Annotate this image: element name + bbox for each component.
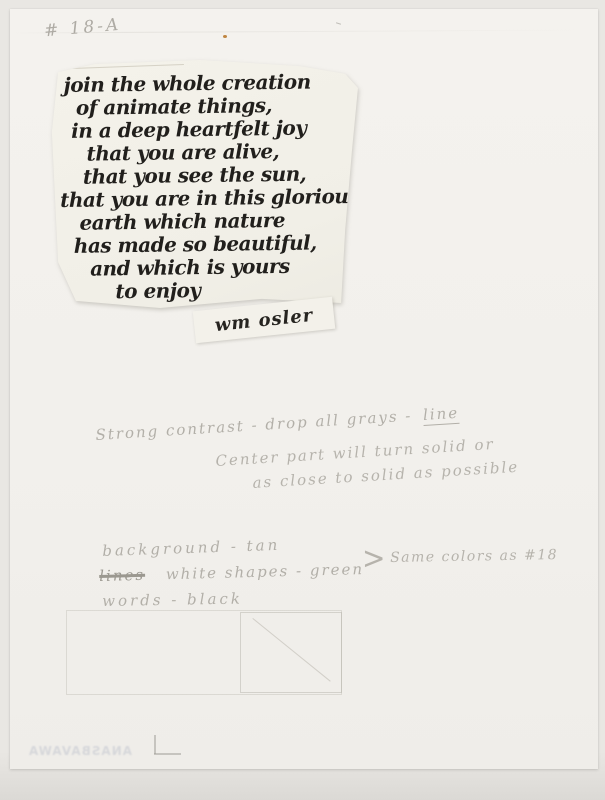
- pencil-note-shapes-green: lines white shapes - green: [99, 560, 364, 585]
- shapes-note-text: white shapes - green: [166, 560, 365, 583]
- sketch-inner-rect: [240, 612, 342, 693]
- paper-fleck: [223, 35, 227, 38]
- attribution-text: wm osler: [214, 304, 314, 335]
- attribution-strip-surface: wm osler: [193, 297, 336, 343]
- pasted-quote-paper: join the whole creation of animate thing…: [50, 58, 362, 310]
- pencil-note-underlined-word: line: [422, 404, 459, 426]
- quote-paper-surface: join the whole creation of animate thing…: [50, 58, 362, 310]
- crop-mark-horizontal: [154, 753, 181, 755]
- bleed-through-stamp: ANASBAVAWA: [42, 744, 132, 758]
- crop-mark-vertical: [154, 735, 156, 754]
- worksheet-page: # 18-A join the whole creation of animat…: [10, 9, 598, 769]
- pencil-note-background-tan: background - tan: [102, 536, 281, 560]
- pencil-note-words-black: words - black: [102, 590, 243, 610]
- struck-word: lines: [99, 566, 145, 585]
- pencil-speck: [336, 22, 341, 24]
- photo-backdrop: # 18-A join the whole creation of animat…: [0, 0, 605, 800]
- arrow-glyph: >: [362, 540, 387, 576]
- catalog-number-label: # 18-A: [43, 15, 122, 42]
- attribution-strip: wm osler: [194, 304, 334, 336]
- quote-text-block: join the whole creation of animate thing…: [48, 70, 363, 304]
- pencil-note-contrast-text: Strong contrast - drop all grays -: [95, 407, 413, 444]
- pencil-note-contrast: Strong contrast - drop all grays - line: [95, 404, 460, 444]
- pencil-note-same-colors: Same colors as #18: [390, 547, 558, 566]
